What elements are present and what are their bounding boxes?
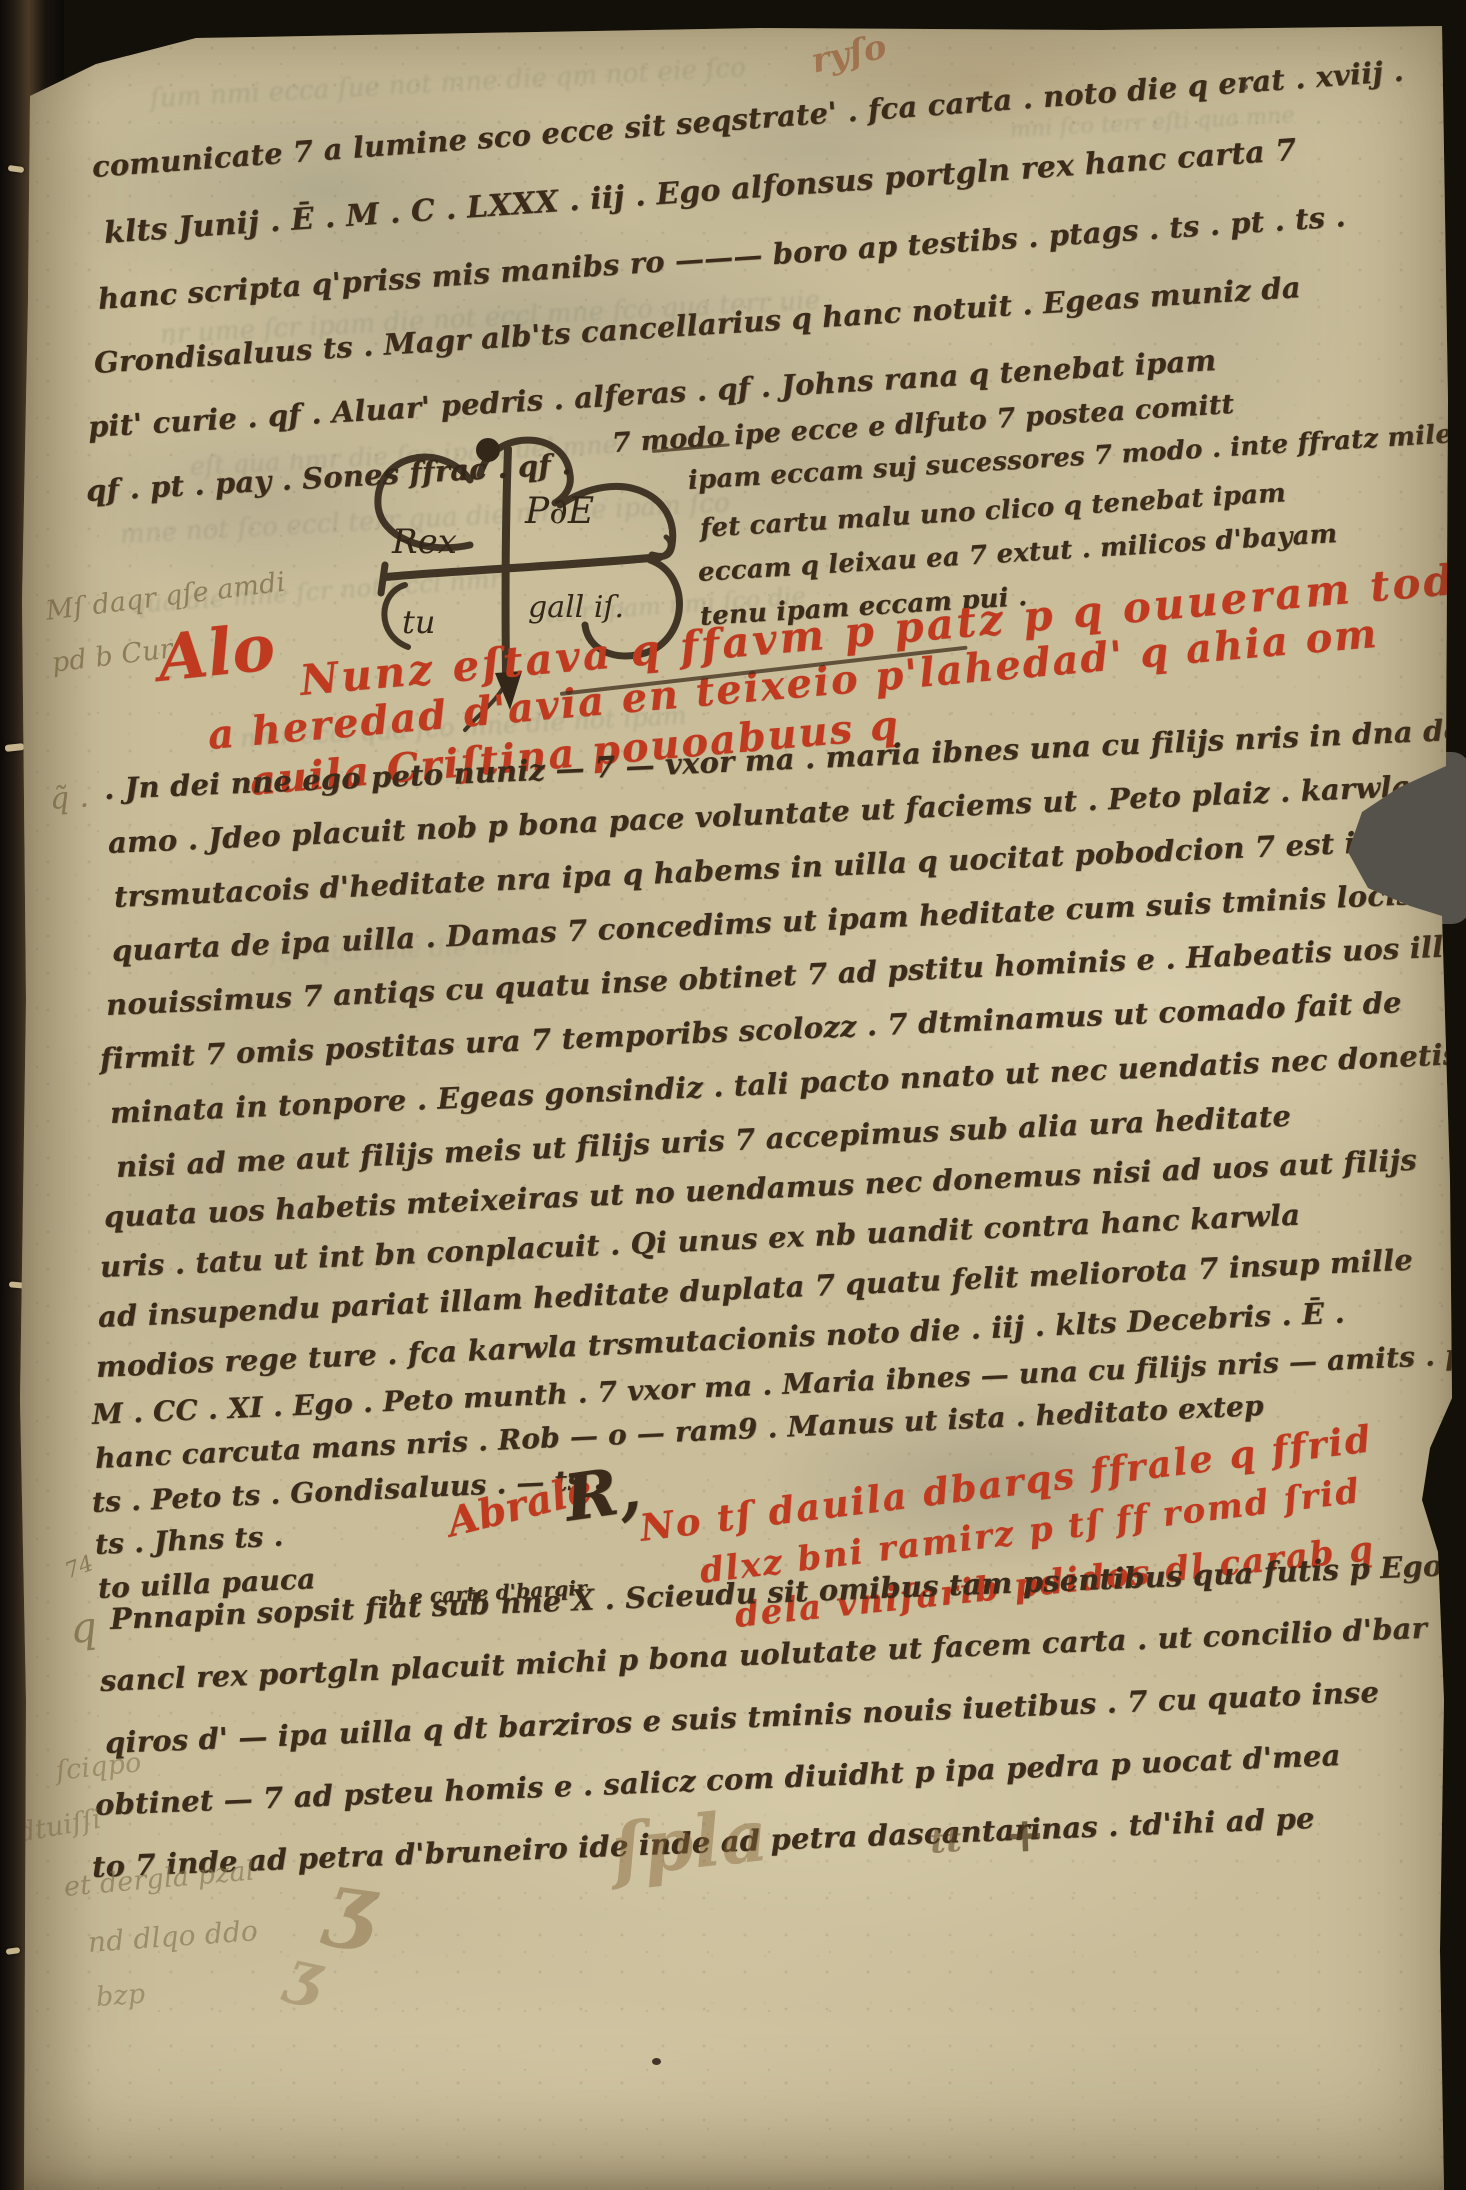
margin-note: ſciqpo	[54, 1747, 143, 1787]
rubric-initial: Alo	[154, 610, 278, 697]
paragraph-mark: q	[68, 1602, 99, 1653]
faded-scrawl-marks: tt	[929, 1820, 964, 1862]
margin-note: dtuiſſi	[15, 1804, 103, 1849]
signum-quadrant-pde: P∂E	[524, 491, 594, 532]
binding-stitch	[6, 1947, 21, 1955]
manuscript-scan: ſum nmi ecca ſue not mne die qm not eie …	[0, 0, 1466, 2190]
faded-scrawl: ſpla	[608, 1792, 772, 1893]
folio-mark: 74	[62, 1551, 97, 1584]
binding-stitch	[5, 743, 25, 752]
parchment-page: ſum nmi ecca ſue not mne die qm not eie …	[0, 0, 1466, 2190]
paragraph-mark: q̃ .	[49, 779, 90, 817]
signum-quadrant-rex: Rex	[391, 522, 457, 562]
manuscript-line: ts . Jhns ts .	[94, 1519, 284, 1561]
showthrough-line: ſum nmi ecca ſue not mne die qm not eie …	[149, 53, 747, 114]
ink-speck	[1242, 84, 1248, 90]
flourish-mark: ʒ	[281, 1936, 329, 2012]
signum-quadrant-gallis: gall iſ.	[528, 590, 624, 625]
cross-mark: +	[1004, 1807, 1046, 1864]
signum-quadrant-tu: tu	[402, 603, 435, 641]
binding-stitch	[8, 165, 25, 173]
top-scribble: ryſo	[808, 27, 890, 82]
margin-note: bzp	[95, 1979, 146, 2013]
signature-flourish: R,	[560, 1452, 646, 1537]
signum-knob	[476, 438, 500, 462]
ink-speck	[652, 2058, 661, 2065]
margin-note: nd dlqo ddo	[87, 1914, 259, 1959]
